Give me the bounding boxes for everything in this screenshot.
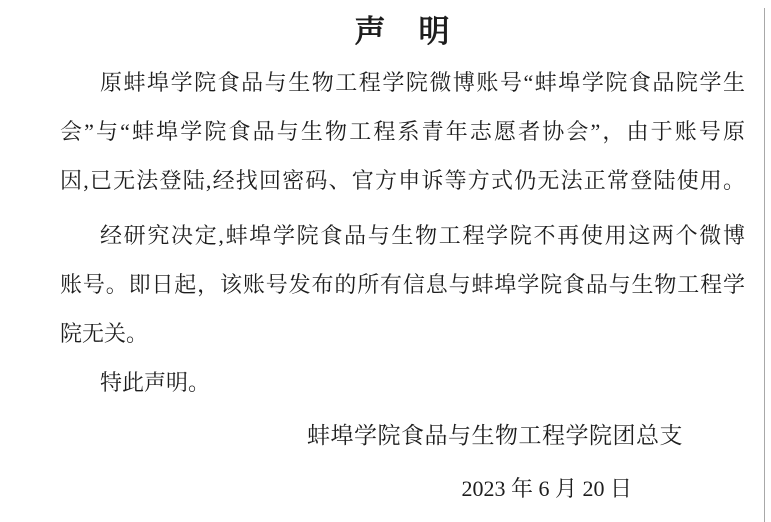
document-body: 原蚌埠学院食品与生物工程学院微博账号“蚌埠学院食品院学生 会”与“蚌埠学院食品与… bbox=[60, 58, 745, 513]
paragraph-1: 原蚌埠学院食品与生物工程学院微博账号“蚌埠学院食品院学生 会”与“蚌埠学院食品与… bbox=[60, 58, 745, 205]
signature-line: 蚌埠学院食品与生物工程学院团总支 bbox=[60, 411, 683, 460]
closing-line: 特此声明。 bbox=[60, 358, 745, 407]
paragraph-line: 院无关。 bbox=[60, 309, 745, 358]
paragraph-line: 因,已无法登陆,经找回密码、官方申诉等方式仍无法正常登陆使用。 bbox=[60, 156, 745, 205]
paragraph-line: 经研究决定,蚌埠学院食品与生物工程学院不再使用这两个微博 bbox=[60, 211, 745, 260]
paragraph-line: 账号。即日起，该账号发布的所有信息与蚌埠学院食品与生物工程学 bbox=[60, 260, 745, 309]
document-title: 声 明 bbox=[60, 12, 745, 52]
paragraph-line: 原蚌埠学院食品与生物工程学院微博账号“蚌埠学院食品院学生 bbox=[60, 58, 745, 107]
scan-edge-line bbox=[764, 8, 765, 522]
paragraph-line: 会”与“蚌埠学院食品与生物工程系青年志愿者协会”，由于账号原 bbox=[60, 107, 745, 156]
document-content: 声 明 原蚌埠学院食品与生物工程学院微博账号“蚌埠学院食品院学生 会”与“蚌埠学… bbox=[0, 12, 771, 513]
paragraph-2: 经研究决定,蚌埠学院食品与生物工程学院不再使用这两个微博 账号。即日起，该账号发… bbox=[60, 211, 745, 358]
date-line: 2023 年 6 月 20 日 bbox=[60, 464, 632, 513]
statement-document: 声 明 原蚌埠学院食品与生物工程学院微博账号“蚌埠学院食品院学生 会”与“蚌埠学… bbox=[0, 0, 771, 522]
